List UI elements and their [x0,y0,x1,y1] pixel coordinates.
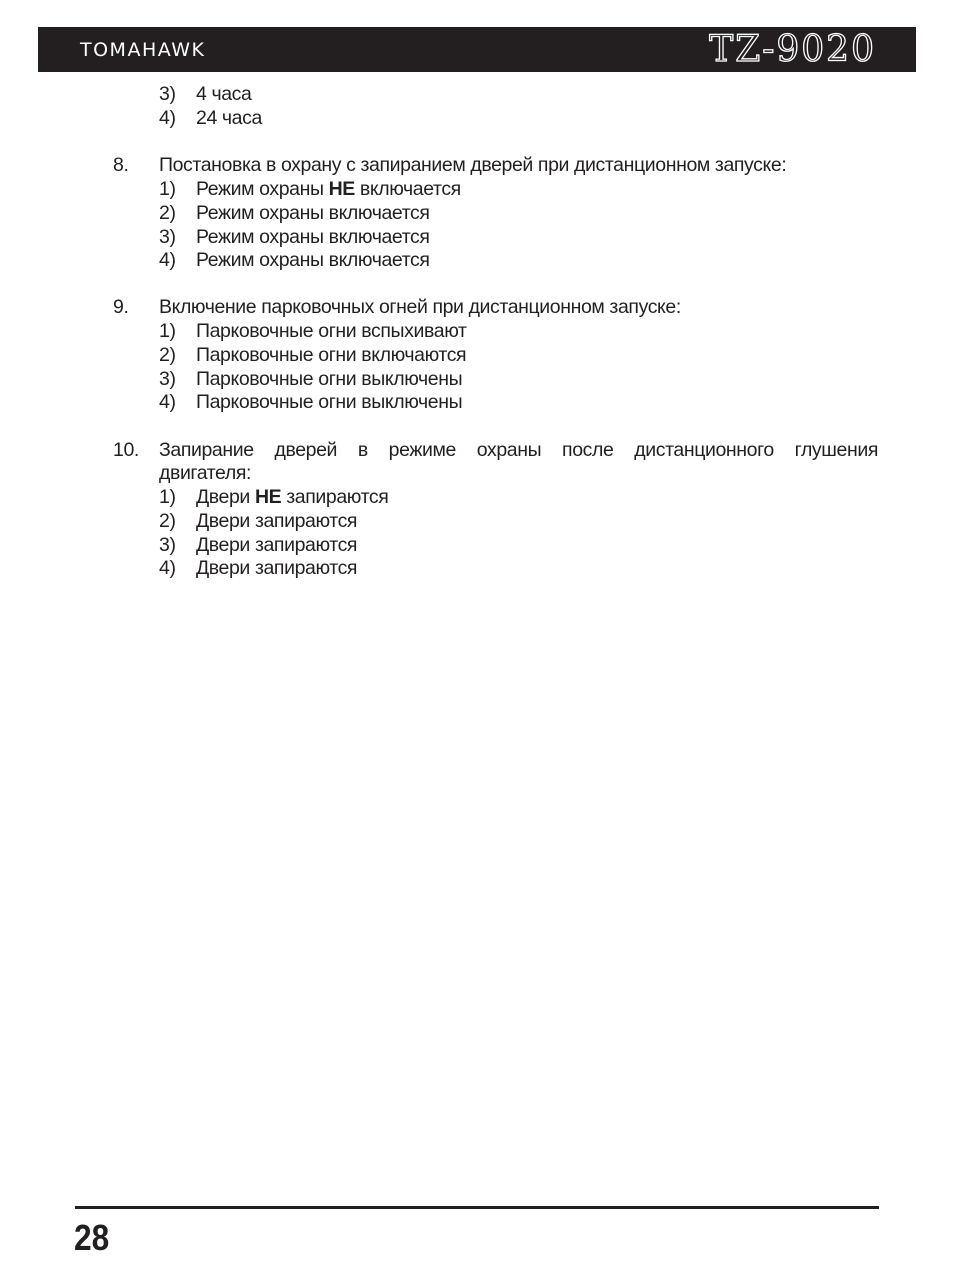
question-text-line1: Запирание дверей в режиме охраны после д… [159,439,878,463]
option-number: 2) [159,344,176,368]
option-number: 3) [159,368,176,392]
model-name: TZ-9020 [709,30,876,70]
question-number: 8. [113,154,128,178]
question-text: Включение парковочных огней при дистанци… [159,296,681,320]
option-text: Парковочные огни вспыхивают [196,320,467,344]
option-number: 2) [159,202,176,226]
question-number: 10. [113,439,139,463]
option-number: 4) [159,107,176,131]
option-number: 1) [159,320,176,344]
question-number: 9. [113,296,128,320]
emphasis: НЕ [255,486,281,508]
option-number: 3) [159,226,176,250]
option-text: Двери запираются [196,510,357,534]
option-text: Режим охраны включается [196,226,430,250]
header-bar: TOMAHAWK TZ-9020 [38,27,916,72]
option-number: 3) [159,83,176,107]
emphasis: НЕ [329,178,355,200]
brand-name: TOMAHAWK [80,39,205,61]
question-text: Постановка в охрану с запиранием дверей … [159,154,786,178]
option-number: 4) [159,391,176,415]
option-number: 3) [159,534,176,558]
option-number: 2) [159,510,176,534]
option-number: 4) [159,249,176,273]
page-number: 28 [74,1218,109,1258]
option-text: Режим охраны включается [196,202,430,226]
option-number: 1) [159,178,176,202]
option-text: Парковочные огни выключены [196,391,462,415]
option-number: 1) [159,486,176,510]
option-text: Двери запираются [196,557,357,581]
option-text: Режим охраны НЕ включается [196,178,461,202]
option-text: Двери НЕ запираются [196,486,388,510]
option-text: Двери запираются [196,534,357,558]
question-text-line2: двигателя: [159,462,251,486]
option-text: Режим охраны включается [196,249,430,273]
option-text: Парковочные огни выключены [196,368,462,392]
footer-divider [75,1206,879,1209]
option-text: 4 часа [196,83,251,107]
option-text: 24 часа [196,107,262,131]
option-text: Парковочные огни включаются [196,344,466,368]
option-number: 4) [159,557,176,581]
